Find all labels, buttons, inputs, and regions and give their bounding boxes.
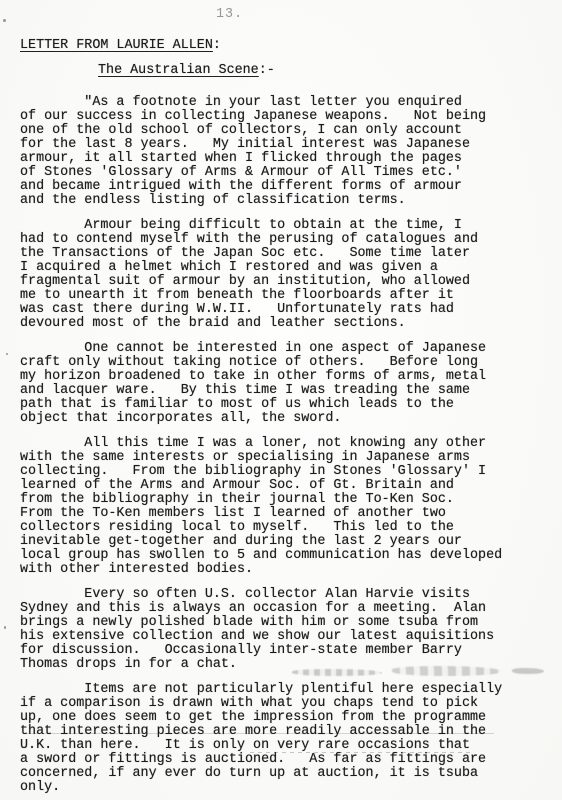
letter-heading: LETTER FROM LAURIE ALLEN: [20,38,544,53]
section-subheading-suffix: :- [259,63,275,78]
document-page: 13. LETTER FROM LAURIE ALLEN: The Austra… [0,0,562,800]
paragraph: One cannot be interested in one aspect o… [20,342,544,426]
paragraph: Items are not particularly plentiful her… [20,683,544,795]
letter-body: "As a footnote in your last letter you e… [20,96,544,795]
section-subheading-text: The Australian Scene [98,63,259,78]
scan-speck [6,353,8,355]
paragraph: Every so often U.S. collector Alan Harvi… [20,588,544,672]
scan-speck [4,626,6,629]
scan-speck [3,19,6,22]
section-subheading: The Australian Scene:- [98,63,544,78]
paragraph: Armour being difficult to obtain at the … [20,219,544,331]
paragraph: "As a footnote in your last letter you e… [20,96,544,208]
letter-heading-text: LETTER FROM LAURIE ALLEN [20,38,213,53]
letter-heading-colon: : [213,38,221,53]
paragraph: All this time I was a loner, not knowing… [20,437,544,577]
page-number: 13. [216,8,544,22]
